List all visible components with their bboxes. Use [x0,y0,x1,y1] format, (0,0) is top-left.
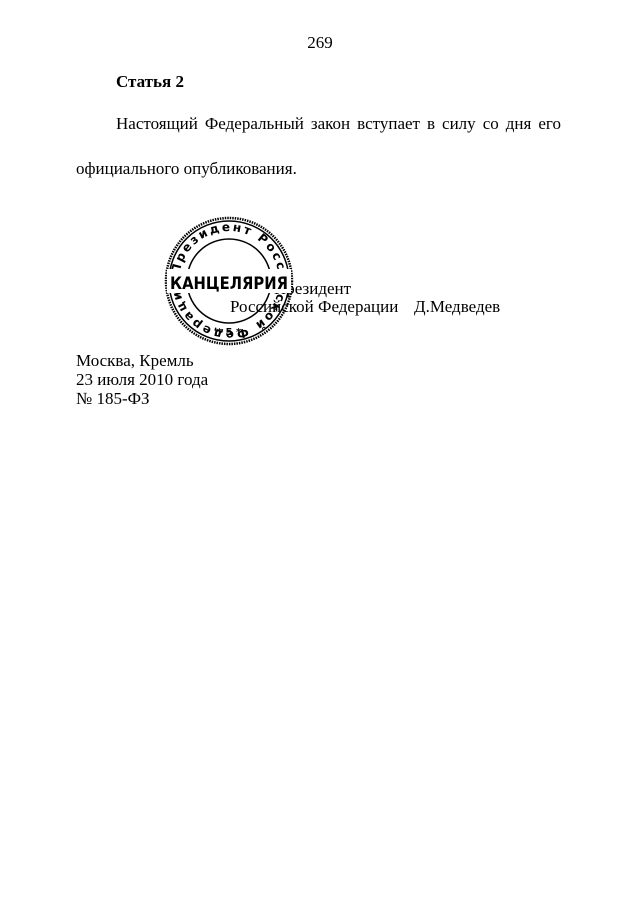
word: в [427,114,435,134]
stamp-center-text: КАНЦЕЛЯРИЯ [170,274,288,294]
page-number: 269 [0,33,640,53]
word: закон [311,114,350,134]
article-paragraph-line-2: официального опубликования. [76,159,297,179]
word: дня [506,114,532,134]
article-paragraph-line-1: Настоящий Федеральный закон вступает в с… [116,114,561,134]
article-heading: Статья 2 [116,72,184,92]
signatory-name: Д.Медведев [414,297,500,317]
word: вступает [357,114,420,134]
word: со [483,114,499,134]
signing-date: 23 июля 2010 года [76,370,208,390]
law-number: № 185-ФЗ [76,389,150,409]
word: Федеральный [205,114,304,134]
word: силу [442,114,476,134]
word: Настоящий [116,114,198,134]
official-seal-stamp: Президент Российской Федерации КАНЦЕЛЯРИ… [163,215,295,347]
word: его [538,114,561,134]
stamp-bottom-text: * 5 * [217,327,242,338]
signing-place: Москва, Кремль [76,351,194,371]
